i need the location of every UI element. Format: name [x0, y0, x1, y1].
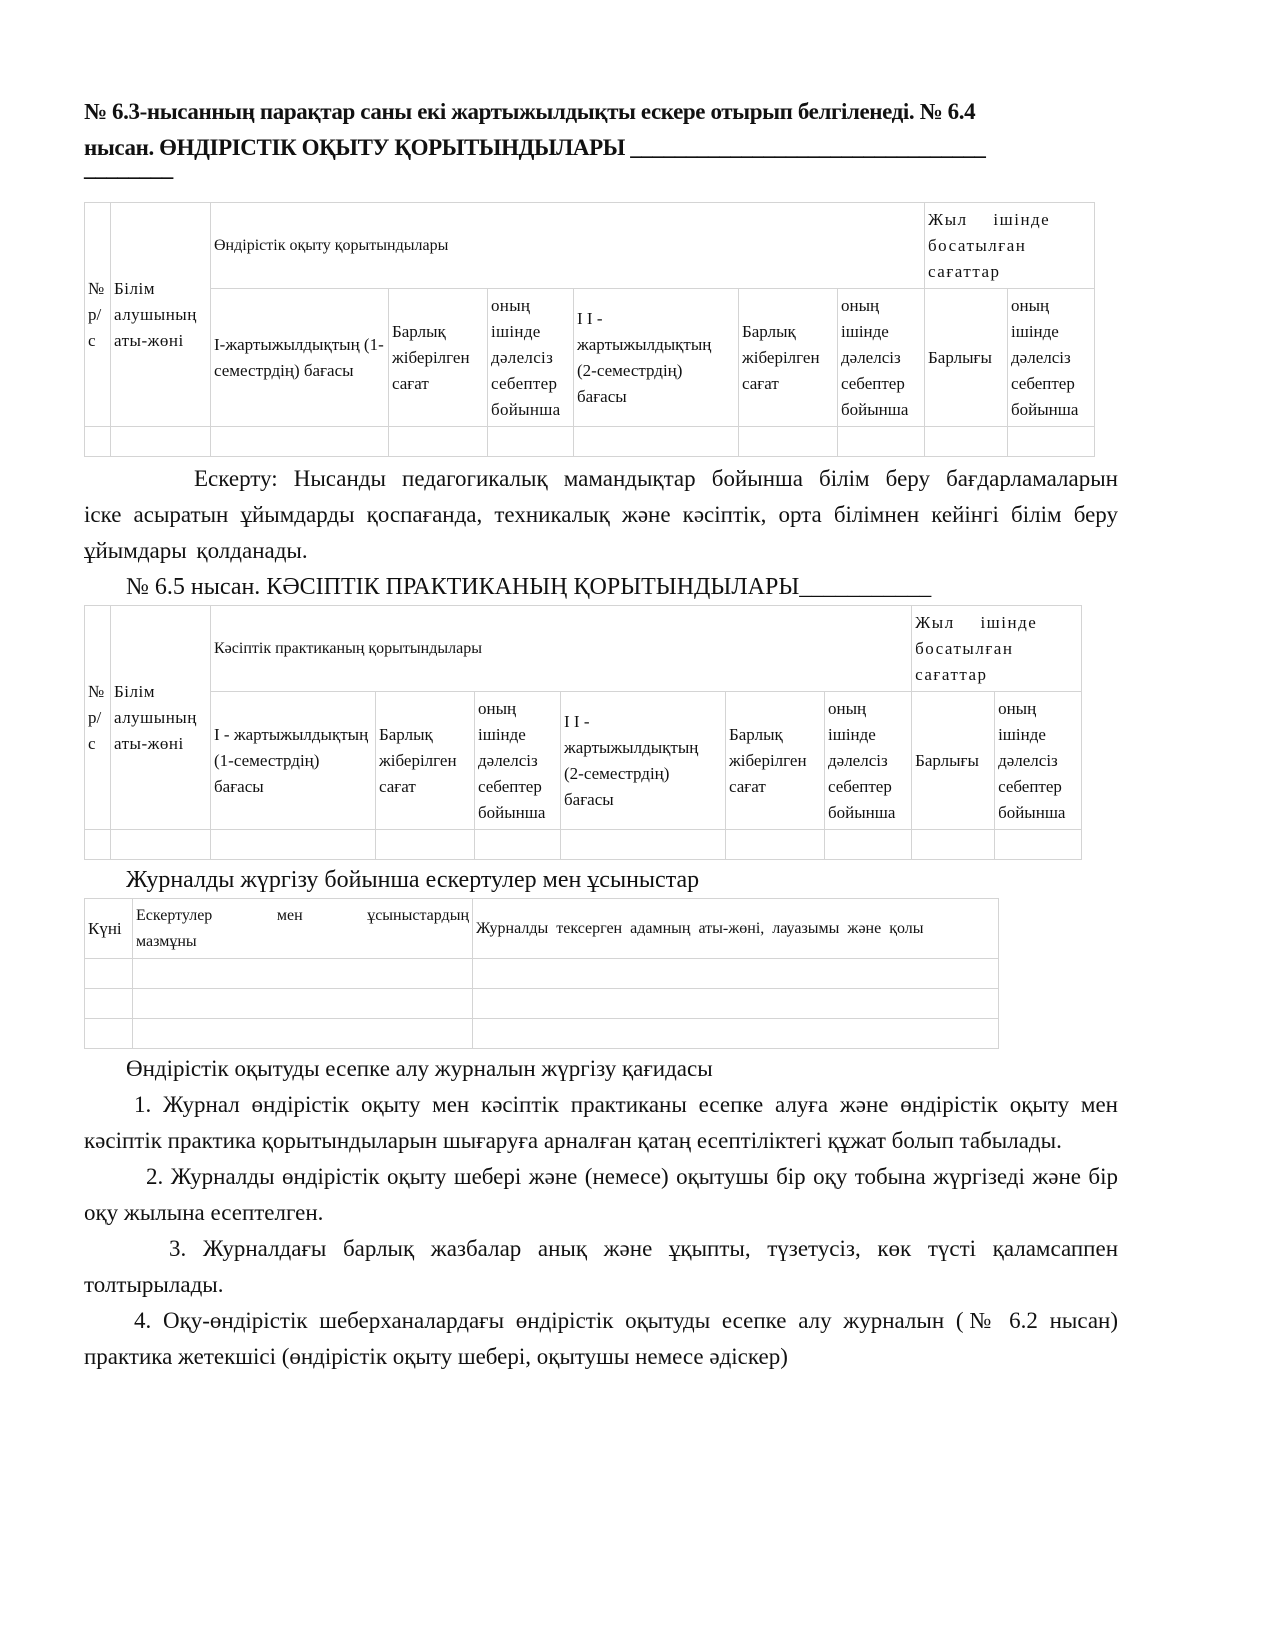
- cell-empty[interactable]: [85, 959, 133, 989]
- cell-empty[interactable]: [85, 830, 111, 860]
- header-sem2-missed-hours: Барлық жіберілген сағат: [739, 289, 838, 427]
- cell-empty[interactable]: [1008, 427, 1095, 457]
- remarks-title: Журналды жүргізу бойынша ескертулер мен …: [84, 862, 1124, 898]
- document-page: № 6.3-нысанның парақтар саны екі жартыжы…: [84, 94, 1124, 1375]
- note-block: Ескерту: Нысанды педагогикалық мамандықт…: [84, 461, 1118, 569]
- cell-empty[interactable]: [739, 427, 838, 457]
- rules-section: Өндірістік оқытуды есепке алу журналын ж…: [84, 1051, 1118, 1375]
- rules-title: Өндірістік оқытуды есепке алу журналын ж…: [84, 1051, 1118, 1087]
- header-sem1-grade: І-жартыжылдықтың (1-семестрдің) бағасы: [211, 289, 389, 427]
- table-row: [85, 830, 1082, 860]
- header-remarks-content: Ескертулер мен ұсыныстардың мазмұны: [133, 899, 473, 959]
- header-sem2-unexcused: оның ішінде дәлелсіз себептер бойынша: [825, 692, 912, 830]
- rule-item-1: 1. Журнал өндірістік оқыту мен кәсіптік …: [84, 1087, 1118, 1159]
- header-total: Барлығы: [925, 289, 1008, 427]
- header-total-unexcused: оның ішінде дәлелсіз себептер бойынша: [995, 692, 1082, 830]
- header-row-number: № р/ с: [85, 606, 111, 830]
- cell-empty[interactable]: [995, 830, 1082, 860]
- header-sem1-missed-hours: Барлық жіберілген сағат: [389, 289, 488, 427]
- header-student-name: Білім алушының аты-жөні: [111, 203, 211, 427]
- cell-empty[interactable]: [111, 830, 211, 860]
- cell-empty[interactable]: [473, 959, 999, 989]
- cell-empty[interactable]: [133, 1019, 473, 1049]
- cell-empty[interactable]: [389, 427, 488, 457]
- cell-empty[interactable]: [211, 427, 389, 457]
- cell-empty[interactable]: [133, 959, 473, 989]
- header-date: Күні: [85, 899, 133, 959]
- cell-empty[interactable]: [376, 830, 475, 860]
- cell-empty[interactable]: [726, 830, 825, 860]
- rule-item-3: 3. Журналдағы барлық жазбалар анық және …: [84, 1231, 1118, 1303]
- header-group-released-hours: Жыл ішінде босатылған сағаттар: [925, 203, 1095, 289]
- cell-empty[interactable]: [133, 989, 473, 1019]
- heading-line-2: нысан. ӨНДІРІСТІК ОҚЫТУ ҚОРЫТЫНДЫЛАРЫ __…: [84, 130, 1124, 166]
- rule-item-4: 4. Оқу-өндірістік шеберханалардағы өндір…: [84, 1303, 1118, 1375]
- table-professional-practice-results: № р/ с Білім алушының аты-жөні Кәсіптік …: [84, 605, 1082, 860]
- heading-line-1: № 6.3-нысанның парақтар саны екі жартыжы…: [84, 94, 1124, 130]
- cell-empty[interactable]: [574, 427, 739, 457]
- header-sem1-unexcused: оның ішінде дәлелсіз себептер бойынша: [488, 289, 574, 427]
- header-sem1-grade: I - жартыжылдықтың (1-семестрдің) бағасы: [211, 692, 376, 830]
- cell-empty[interactable]: [473, 1019, 999, 1049]
- header-total-unexcused: оның ішінде дәлелсіз себептер бойынша: [1008, 289, 1095, 427]
- form-6-5-title: № 6.5 нысан. КӘСІПТІК ПРАКТИКАНЫҢ ҚОРЫТЫ…: [84, 569, 1124, 605]
- header-sem1-unexcused: оның ішінде дәлелсіз себептер бойынша: [475, 692, 561, 830]
- header-student-name: Білім алушының аты-жөні: [111, 606, 211, 830]
- cell-empty[interactable]: [912, 830, 995, 860]
- header-sem2-missed-hours: Барлық жіберілген сағат: [726, 692, 825, 830]
- rule-item-2: 2. Журналды өндірістік оқыту шебері және…: [84, 1159, 1118, 1231]
- table-industrial-training-results: № р/ с Білім алушының аты-жөні Өндірісті…: [84, 202, 1095, 457]
- header-sem2-grade: I I - жартыжылдықтың (2-семестрдің) баға…: [561, 692, 726, 830]
- header-group-released-hours: Жыл ішінде босатылған сағаттар: [912, 606, 1082, 692]
- cell-empty[interactable]: [85, 1019, 133, 1049]
- note-text: Ескерту: Нысанды педагогикалық мамандықт…: [84, 461, 1118, 569]
- header-total: Барлығы: [912, 692, 995, 830]
- form-6-4-heading: № 6.3-нысанның парақтар саны екі жартыжы…: [84, 94, 1124, 180]
- table-row: [85, 989, 999, 1019]
- header-row-number: № р/ с: [85, 203, 111, 427]
- header-group-practice-results: Кәсіптік практиканың қорытындылары: [211, 606, 912, 692]
- cell-empty[interactable]: [561, 830, 726, 860]
- header-sem2-unexcused: оның ішінде дәлелсіз себептер бойынша: [838, 289, 925, 427]
- table-remarks: Күні Ескертулер мен ұсыныстардың мазмұны…: [84, 898, 999, 1049]
- table-row: [85, 959, 999, 989]
- cell-empty[interactable]: [488, 427, 574, 457]
- header-inspector: Журналды тексерген адамның аты-жөні, лау…: [473, 899, 999, 959]
- cell-empty[interactable]: [85, 989, 133, 1019]
- header-sem2-grade: I I - жартыжылдықтың (2-семестрдің) баға…: [574, 289, 739, 427]
- table-row: [85, 1019, 999, 1049]
- cell-empty[interactable]: [211, 830, 376, 860]
- cell-empty[interactable]: [85, 427, 111, 457]
- cell-empty[interactable]: [475, 830, 561, 860]
- header-sem1-missed-hours: Барлық жіберілген сағат: [376, 692, 475, 830]
- header-group-training-results: Өндірістік оқыту қорытындылары: [211, 203, 925, 289]
- cell-empty[interactable]: [111, 427, 211, 457]
- cell-empty[interactable]: [925, 427, 1008, 457]
- table-row: [85, 427, 1095, 457]
- cell-empty[interactable]: [825, 830, 912, 860]
- cell-empty[interactable]: [838, 427, 925, 457]
- cell-empty[interactable]: [473, 989, 999, 1019]
